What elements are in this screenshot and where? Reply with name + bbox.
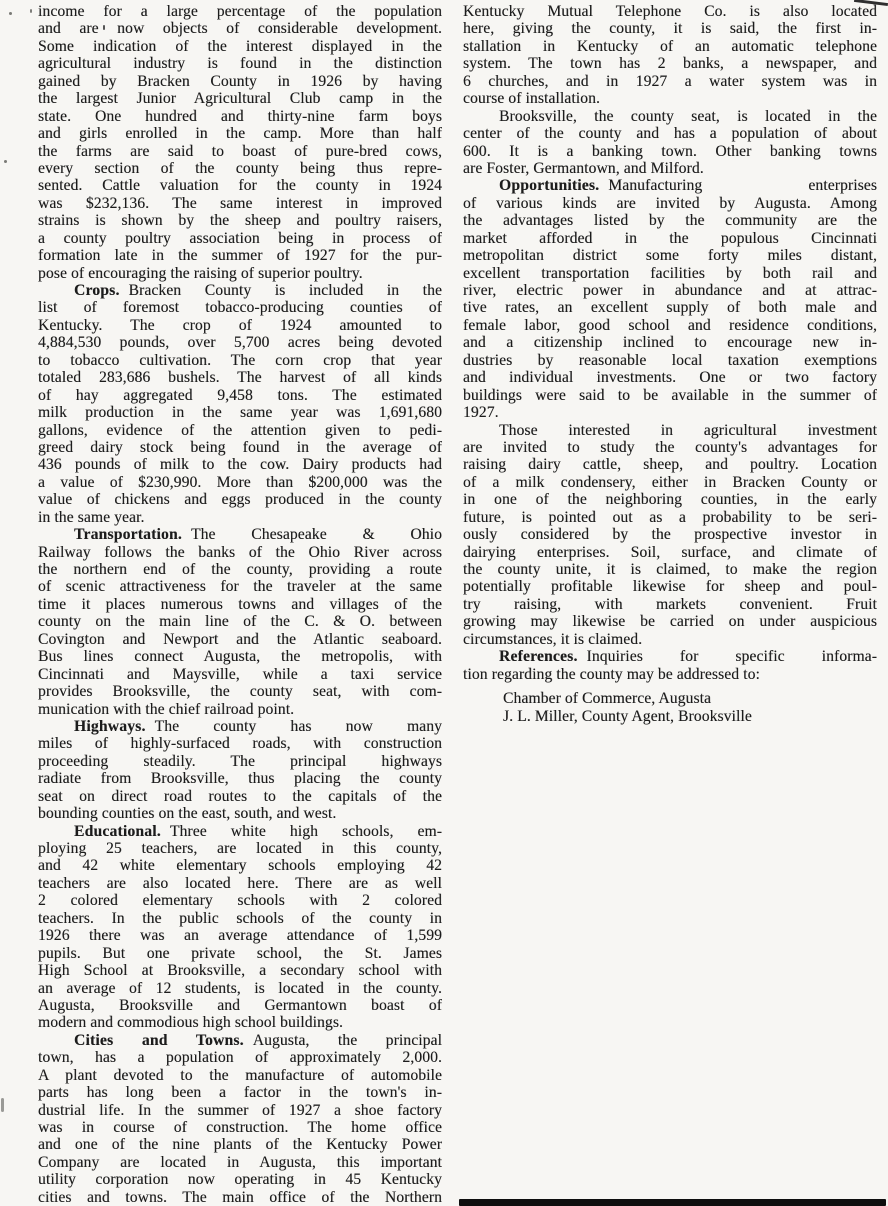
text-line: 4,884,530 pounds, over 5,700 acres being… [38, 334, 442, 351]
text-line: Covington and Newport and the Atlantic s… [38, 631, 442, 648]
scan-speck [9, 12, 12, 15]
text-line: circumstances, it is claimed. [463, 631, 877, 648]
scanned-page: income for a large percentage of the pop… [0, 0, 888, 1206]
text-line: utility corporation now operating in 45 … [38, 1171, 442, 1188]
text-line: Highways.The county has now many [38, 718, 442, 735]
paragraph: Educational.Three white high schools, em… [38, 823, 442, 1032]
text-line: course of installation. [463, 90, 877, 107]
text-line: pupils. But one private school, the St. … [38, 945, 442, 962]
text-line: 436 pounds of milk to the cow. Dairy pro… [38, 456, 442, 473]
text-line: gained by Bracken County in 1926 by havi… [38, 73, 442, 90]
text-line: teachers. In the public schools of the c… [38, 910, 442, 927]
text-line: and a citizenship inclined to encourage … [463, 334, 877, 351]
paragraph-heading: Transportation. [74, 526, 182, 543]
text-line: are invited to study the county's advant… [463, 439, 877, 456]
text-line: Those interested in agricultural investm… [463, 422, 877, 439]
text-line: sented. Cattle valuation for the county … [38, 177, 442, 194]
text-line: river, electric power in abundance and a… [463, 282, 877, 299]
paragraph-heading: References. [499, 648, 578, 665]
right-column: Kentucky Mutual Telephone Co. is also lo… [463, 3, 877, 725]
address-line: J. L. Miller, County Agent, Brooksville [503, 708, 877, 725]
text-line: and individual investments. One or two f… [463, 369, 877, 386]
text-line: the northern end of the county, providin… [38, 561, 442, 578]
text-line: Brooksville, the county seat, is located… [463, 108, 877, 125]
text-line: teachers are also located here. There ar… [38, 875, 442, 892]
text-line: an average of 12 students, is located in… [38, 980, 442, 997]
text-line: of hay aggregated 9,458 tons. The estima… [38, 387, 442, 404]
paragraph: Highways.The county has now manymiles of… [38, 718, 442, 823]
paragraph-heading: Educational. [74, 823, 161, 840]
text-line: Educational.Three white high schools, em… [38, 823, 442, 840]
text-line: Some indication of the interest displaye… [38, 38, 442, 55]
text-line: tive rates, an excellent supply of both … [463, 299, 877, 316]
address-line: Chamber of Commerce, Augusta [503, 690, 877, 707]
text-line: milk production in the same year was 1,6… [38, 404, 442, 421]
text-line: 1926 there was an average attendance of … [38, 927, 442, 944]
text-line: income for a large percentage of the pop… [38, 3, 442, 20]
paragraph: Crops.Bracken County is included in thel… [38, 282, 442, 526]
text-line: ploying 25 teachers, are located in this… [38, 840, 442, 857]
text-line: strains is shown by the sheep and poultr… [38, 212, 442, 229]
text-line: female labor, good school and residence … [463, 317, 877, 334]
text-line: Cities and Towns.Augusta, the principal [38, 1032, 442, 1049]
text-line: buildings were said to be available in t… [463, 387, 877, 404]
paragraph: Cities and Towns.Augusta, the principalt… [38, 1032, 442, 1206]
scan-speck [1, 1098, 4, 1112]
text-line: Kentucky. The crop of 1924 amounted to [38, 317, 442, 334]
text-line: Company are located in Augusta, this imp… [38, 1154, 442, 1171]
text-line: Railway follows the banks of the Ohio Ri… [38, 544, 442, 561]
text-line: Transportation.The Chesapeake & Ohio [38, 526, 442, 543]
text-line: dustrial life. In the summer of 1927 a s… [38, 1102, 442, 1119]
text-line: are Foster, Germantown, and Milford. [463, 160, 877, 177]
text-line: try raising, with markets convenient. Fr… [463, 596, 877, 613]
text-line: greed dairy stock being found in the ave… [38, 439, 442, 456]
text-line: dustries by reasonable local taxation ex… [463, 352, 877, 369]
text-line: market afforded in the populous Cincinna… [463, 230, 877, 247]
text-line: in one of the neighboring counties, in t… [463, 491, 877, 508]
text-line: excellent transportation facilities by b… [463, 265, 877, 282]
paragraph-heading: Opportunities. [499, 177, 599, 194]
text-line: References.Inquiries for specific inform… [463, 648, 877, 665]
paragraph: References.Inquiries for specific inform… [463, 648, 877, 683]
text-line: Crops.Bracken County is included in the [38, 282, 442, 299]
text-line: potentially profitable likewise for shee… [463, 578, 877, 595]
text-line: miles of highly-surfaced roads, with con… [38, 735, 442, 752]
paragraph: Those interested in agricultural investm… [463, 422, 877, 649]
text-line: Cincinnati and Maysville, while a taxi s… [38, 666, 442, 683]
text-line: of scenic attractiveness for the travele… [38, 578, 442, 595]
text-line: cities and towns. The main office of the… [38, 1189, 442, 1206]
paragraph-heading: Crops. [74, 282, 120, 299]
scan-edge-bar [459, 1199, 886, 1206]
text-line: agricultural industry is found in the di… [38, 55, 442, 72]
text-line: raising dairy cattle, sheep, and poultry… [463, 456, 877, 473]
text-line: Kentucky Mutual Telephone Co. is also lo… [463, 3, 877, 20]
text-line: dairying enterprises. Soil, surface, and… [463, 544, 877, 561]
paragraph-heading: Highways. [74, 718, 146, 735]
text-line: seat on direct road routes to the capita… [38, 788, 442, 805]
text-line: here, giving the county, it is said, the… [463, 20, 877, 37]
text-line: gallons, evidence of the attention given… [38, 422, 442, 439]
paragraph: Opportunities.Manufacturing enterpriseso… [463, 177, 877, 421]
text-line: and 42 white elementary schools employin… [38, 857, 442, 874]
text-line: time it places numerous towns and villag… [38, 596, 442, 613]
text-line: of various kinds are invited by Augusta.… [463, 195, 877, 212]
text-line: 1927. [463, 404, 877, 421]
paragraph: Transportation.The Chesapeake & OhioRail… [38, 526, 442, 718]
text-line: stallation in Kentucky of an automatic t… [463, 38, 877, 55]
text-line: future, is pointed out as a probability … [463, 509, 877, 526]
text-line: state. One hundred and thirty-nine farm … [38, 108, 442, 125]
text-line: and one of the nine plants of the Kentuc… [38, 1136, 442, 1153]
text-line: proceeding steadily. The principal highw… [38, 753, 442, 770]
text-line: the advantages listed by the community a… [463, 212, 877, 229]
text-line: growing may likewise be carried on under… [463, 613, 877, 630]
paragraph: Brooksville, the county seat, is located… [463, 108, 877, 178]
text-line: town, has a population of approximately … [38, 1049, 442, 1066]
text-line: a value of $230,990. More than $200,000 … [38, 474, 442, 491]
text-line: the county unite, it is claimed, to make… [463, 561, 877, 578]
text-line: A plant devoted to the manufacture of au… [38, 1067, 442, 1084]
references-address-block: Chamber of Commerce, AugustaJ. L. Miller… [463, 690, 877, 725]
text-line: to tobacco cultivation. The corn crop th… [38, 352, 442, 369]
scan-speck [4, 160, 7, 163]
text-line: was $232,136. The same interest in impro… [38, 195, 442, 212]
text-line: was in course of construction. The home … [38, 1119, 442, 1136]
text-line: High School at Brooksville, a secondary … [38, 962, 442, 979]
text-line: system. The town has 2 banks, a newspape… [463, 55, 877, 72]
text-line: munication with the chief railroad point… [38, 701, 442, 718]
left-column: income for a large percentage of the pop… [38, 3, 442, 1206]
text-line: the farms are said to boast of pure-bred… [38, 143, 442, 160]
text-line: value of chickens and eggs produced in t… [38, 491, 442, 508]
text-line: totaled 283,686 bushels. The harvest of … [38, 369, 442, 386]
text-line: and girls enrolled in the camp. More tha… [38, 125, 442, 142]
text-line: Opportunities.Manufacturing enterprises [463, 177, 877, 194]
paragraph: Kentucky Mutual Telephone Co. is also lo… [463, 3, 877, 108]
text-line: parts has long been a factor in the town… [38, 1084, 442, 1101]
paragraph: income for a large percentage of the pop… [38, 3, 442, 282]
text-line: center of the county and has a populatio… [463, 125, 877, 142]
text-line: a county poultry association being in pr… [38, 230, 442, 247]
text-line: tion regarding the county may be address… [463, 666, 877, 683]
scan-speck [30, 9, 32, 13]
paragraph-heading: Cities and Towns. [74, 1032, 244, 1049]
text-line: the largest Junior Agricultural Club cam… [38, 90, 442, 107]
text-line: Bus lines connect Augusta, the metropoli… [38, 648, 442, 665]
text-line: in the same year. [38, 509, 442, 526]
text-line: formation late in the summer of 1927 for… [38, 247, 442, 264]
text-line: modern and commodious high school buildi… [38, 1014, 442, 1031]
text-line: Augusta, Brooksville and Germantown boas… [38, 997, 442, 1014]
text-line: county on the main line of the C. & O. b… [38, 613, 442, 630]
text-line: metropolitan district some forty miles d… [463, 247, 877, 264]
text-line: ously considered by the prospective inve… [463, 526, 877, 543]
text-line: provides Brooksville, the county seat, w… [38, 683, 442, 700]
text-line: pose of encouraging the raising of super… [38, 265, 442, 282]
text-line: 600. It is a banking town. Other banking… [463, 143, 877, 160]
text-line: 2 colored elementary schools with 2 colo… [38, 892, 442, 909]
text-line: of a milk condensery, either in Bracken … [463, 474, 877, 491]
text-line: 6 churches, and in 1927 a water system w… [463, 73, 877, 90]
scan-speck [103, 25, 105, 30]
text-line: and are now objects of considerable deve… [38, 20, 442, 37]
text-line: list of foremost tobacco-producing count… [38, 299, 442, 316]
text-line: every section of the county being thus r… [38, 160, 442, 177]
text-line: bounding counties on the east, south, an… [38, 805, 442, 822]
text-line: radiate from Brooksville, thus placing t… [38, 770, 442, 787]
